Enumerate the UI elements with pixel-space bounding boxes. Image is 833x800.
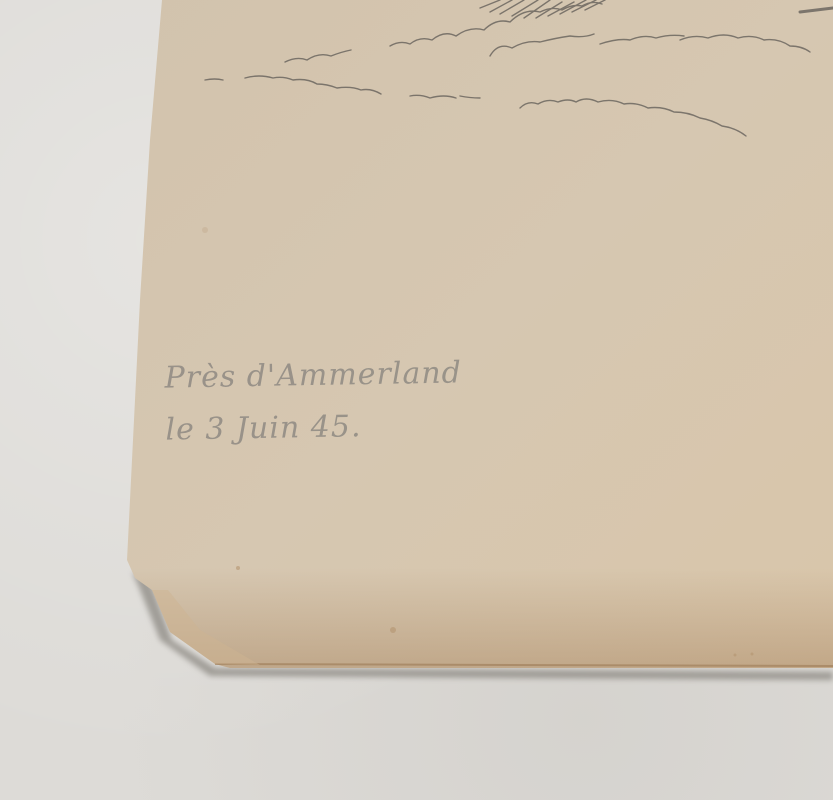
inscription-location: Près d'Ammerland <box>164 347 462 404</box>
inscription-date: le 3 Juin 45. <box>165 399 463 456</box>
handwritten-inscription: Près d'Ammerland le 3 Juin 45. <box>164 347 463 456</box>
